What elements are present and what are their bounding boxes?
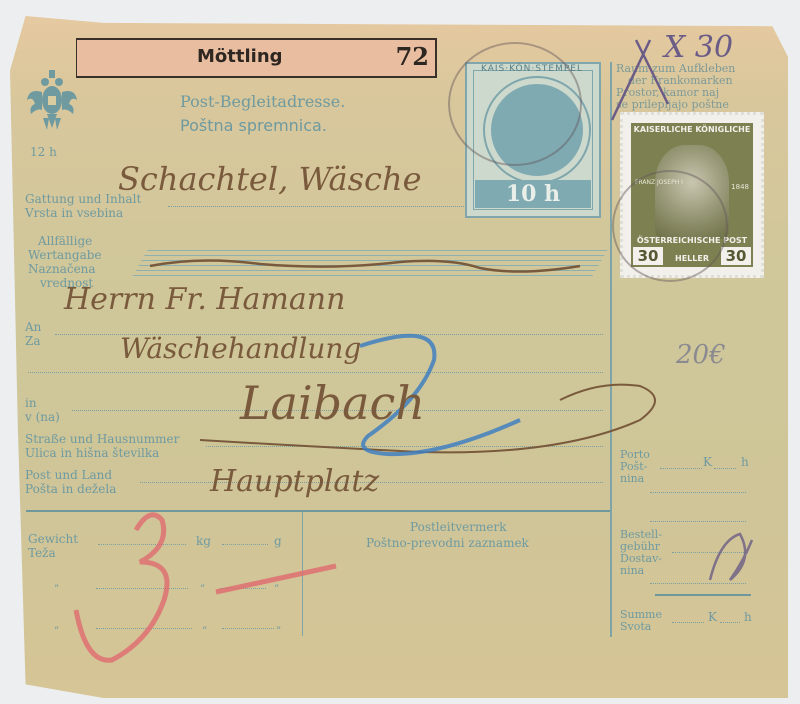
handwritten-business: Wäschehandlung [120,332,361,365]
handwritten-addressee: Herrn Fr. Hamann [64,282,345,317]
handwritten-fee: X 30 [664,30,733,65]
pencil-note: 20€ [676,340,726,370]
handwritten-city: Laibach [240,376,425,430]
handwritten-street: Hauptplatz [210,464,379,499]
